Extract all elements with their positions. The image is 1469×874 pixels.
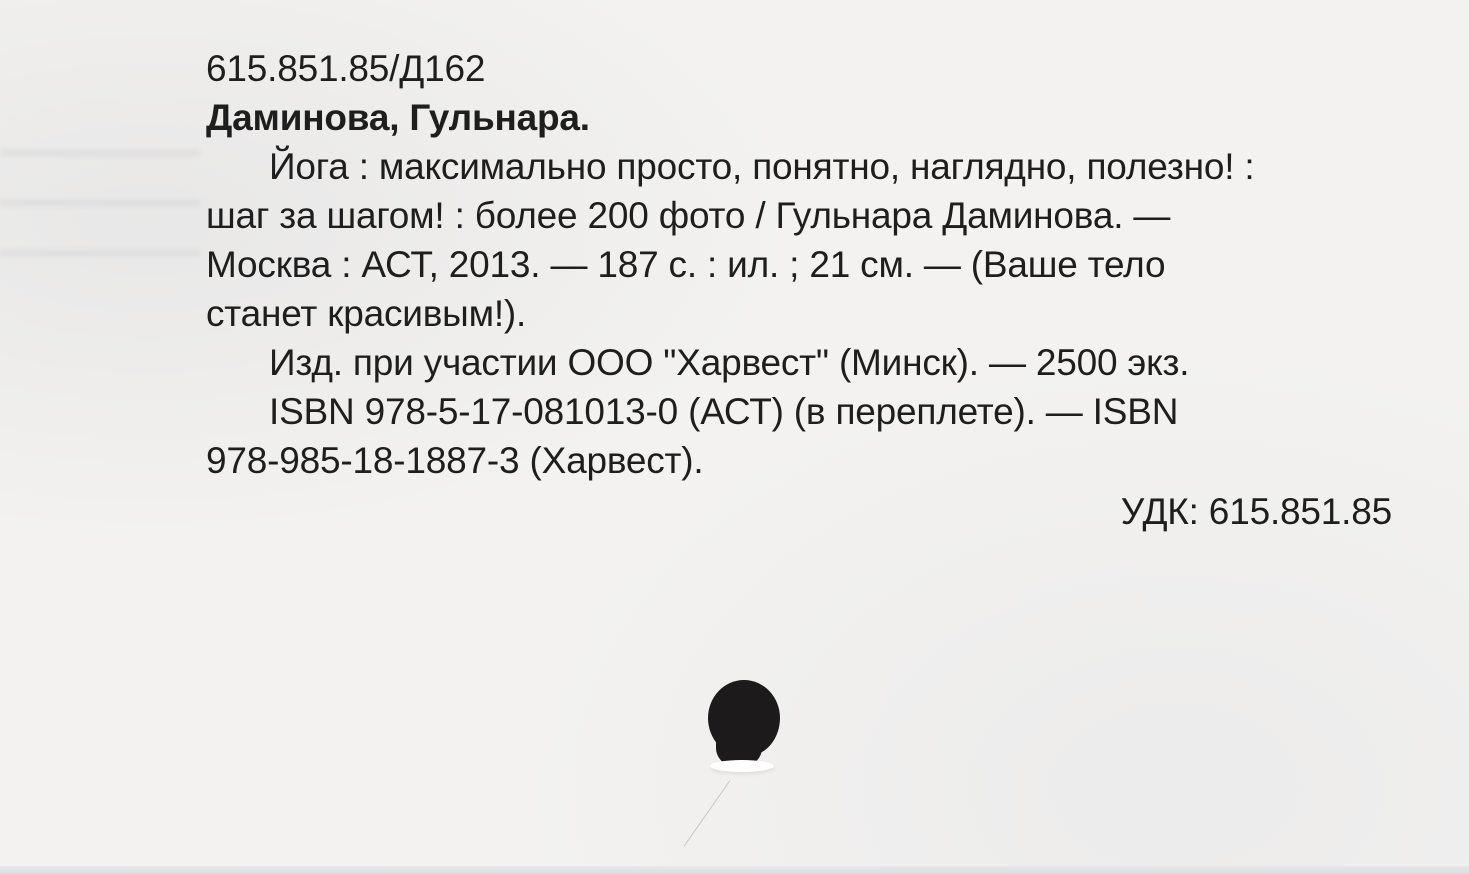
title-line: шаг за шагом! : более 200 фото / Гульнар… bbox=[206, 191, 1396, 240]
imprint-line: Москва : АСТ, 2013. — 187 с. : ил. ; 21 … bbox=[206, 240, 1396, 289]
paper-crease bbox=[684, 780, 731, 846]
punch-hole-rim bbox=[710, 760, 774, 772]
series-line: станет красивым!). bbox=[206, 289, 1396, 338]
shelf-mark: 615.851.85/Д162 bbox=[206, 44, 1396, 93]
publication-note: Изд. при участии ООО "Харвест" (Минск). … bbox=[206, 338, 1396, 387]
isbn-line: ISBN 978-5-17-081013-0 (АСТ) (в переплет… bbox=[206, 387, 1396, 436]
bleed-through-text bbox=[0, 150, 200, 280]
punch-hole bbox=[706, 678, 780, 772]
author-heading: Даминова, Гульнара. bbox=[206, 93, 1396, 142]
udk-code: УДК: 615.851.85 bbox=[206, 487, 1396, 536]
library-catalog-card: 615.851.85/Д162 Даминова, Гульнара. Йога… bbox=[0, 0, 1469, 874]
isbn-line: 978-985-18-1887-3 (Харвест). bbox=[206, 436, 1396, 485]
card-text: 615.851.85/Д162 Даминова, Гульнара. Йога… bbox=[206, 44, 1396, 536]
title-line: Йога : максимально просто, понятно, нагл… bbox=[206, 142, 1396, 191]
